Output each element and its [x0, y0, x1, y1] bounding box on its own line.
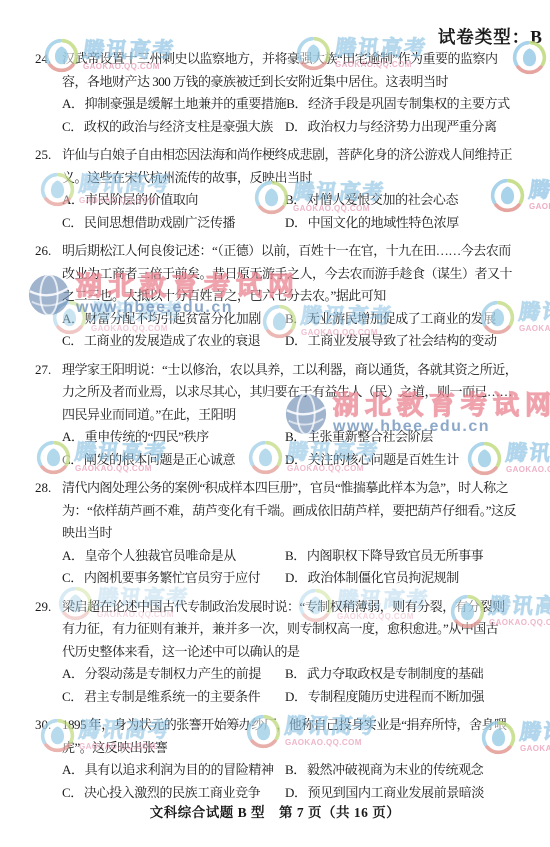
question-body: 许仙与白娘子自由相恋因法海和尚作梗终成悲剧，菩萨化身的济公游戏人间维持正义。这些…	[62, 144, 527, 234]
option-A: A．重申传统的“四民”秩序	[62, 426, 285, 449]
option-text: 具有以追求利润为目的的冒险精神	[85, 762, 274, 777]
option-B: B．毅然冲破视商为末业的传统观念	[285, 759, 483, 782]
question-number: 25.	[35, 144, 62, 234]
option-label: D．	[285, 119, 308, 134]
option-row: C．内阁机要事务繁忙官员穷于应付D．政治体制僵化官员拘泥规制	[62, 567, 527, 590]
stem-line: 四民异业而同道。”在此，王阳明	[62, 404, 527, 427]
option-row: A．皇帝个人独裁官员唯命是从B．内阁职权下降导致官员无所事事	[62, 545, 527, 568]
option-text: 政治体制僵化官员拘泥规制	[308, 570, 459, 585]
question-number: 29.	[35, 596, 62, 709]
question-30: 30. 1895 年，身为状元的张謇开始筹办纱厂，他称自己投身实业是“捐弃所恃，…	[35, 714, 527, 804]
option-text: 武力夺取政权是专制制度的基础	[307, 666, 483, 681]
option-label: B．	[285, 762, 307, 777]
question-options: A．重申传统的“四民”秩序B．主张重新整合社会阶层C．阐发的根本问题是正心诚意D…	[62, 426, 527, 471]
option-label: B．	[285, 548, 307, 563]
option-text: 预见到国内工商业发展前景暗淡	[308, 785, 484, 800]
option-text: 主张重新整合社会阶层	[307, 429, 433, 444]
option-A: A．分裂动荡是专制权力产生的前提	[62, 663, 285, 686]
option-text: 政治权力与经济势力出现严重分离	[308, 119, 497, 134]
option-text: 市民阶层的价值取向	[85, 192, 198, 207]
option-D: D．专制程度随历史进程而不断加强	[285, 686, 484, 709]
stem-line: 代历史整体来看，这一论述中可以确认的是	[62, 641, 527, 664]
question-number: 26.	[35, 240, 62, 353]
question-body: 明后期松江人何良俊记述：“（正德）以前，百姓十一在官，十九在田……今去农而改业为…	[62, 240, 527, 353]
option-text: 民间思想借助戏剧广泛传播	[84, 215, 235, 230]
option-label: B．	[285, 429, 307, 444]
option-text: 无业游民增加促成了工商业的发展	[307, 311, 496, 326]
stem-line: 理学家王阳明说：“士以修治，农以具养，工以利器，商以通货，各就其资之所近，	[62, 359, 527, 382]
question-stem: 许仙与白娘子自由相恋因法海和尚作梗终成悲剧，菩萨化身的济公游戏人间维持正义。这些…	[62, 144, 527, 189]
option-label: D．	[285, 785, 308, 800]
stem-line: 之二三也。大抵以十分百姓言之，已六七分去农。”据此可知	[62, 285, 527, 308]
option-text: 皇帝个人独裁官员唯命是从	[85, 548, 236, 563]
question-26: 26. 明后期松江人何良俊记述：“（正德）以前，百姓十一在官，十九在田……今去农…	[35, 240, 527, 353]
question-stem: 清代内阁处理公务的案例“积成样本四巨册”，官员“惟揣摹此样本为急”，时人称之为：…	[62, 477, 527, 545]
option-label: B．	[286, 96, 308, 111]
question-number: 28.	[35, 477, 62, 590]
stem-line: 改业为工商者三倍于前矣。昔日原无游手之人，今去农而游手趁食（谋生）者又十	[62, 263, 527, 286]
stem-line: 许仙与白娘子自由相恋因法海和尚作梗终成悲剧，菩萨化身的济公游戏人间维持正	[62, 144, 527, 167]
option-row: A．重申传统的“四民”秩序B．主张重新整合社会阶层	[62, 426, 527, 449]
option-C: C．工商业的发展造成了农业的衰退	[62, 330, 285, 353]
option-label: C．	[62, 689, 84, 704]
option-text: 财富分配不均引起贫富分化加剧	[85, 311, 261, 326]
option-text: 中国文化的地域性特色浓厚	[308, 215, 459, 230]
tencent-watermark-title: 腾讯高考	[528, 180, 550, 201]
option-row: A．分裂动荡是专制权力产生的前提B．武力夺取政权是专制制度的基础	[62, 663, 527, 686]
option-label: A．	[62, 96, 85, 111]
option-C: C．阐发的根本问题是正心诚意	[62, 449, 285, 472]
option-label: B．	[285, 666, 307, 681]
option-row: A．市民阶层的价值取向B．对僧人爱恨交加的社会心态	[62, 189, 527, 212]
question-options: A．市民阶层的价值取向B．对僧人爱恨交加的社会心态C．民间思想借助戏剧广泛传播D…	[62, 189, 527, 234]
option-text: 阐发的根本问题是正心诚意	[84, 452, 235, 467]
question-29: 29. 梁启超在论述中国古代专制政治发展时说：“专制权稍薄弱，则有分裂，有分裂则…	[35, 596, 527, 709]
option-text: 专制程度随历史进程而不断加强	[308, 689, 484, 704]
option-text: 君主专制是维系统一的主要条件	[84, 689, 260, 704]
stem-line: 有力征，有力征则有兼并，兼并多一次，则专制权高一度，愈积愈进。”从中国古	[62, 618, 527, 641]
option-D: D．中国文化的地域性特色浓厚	[285, 212, 459, 235]
option-text: 分裂动荡是专制权力产生的前提	[85, 666, 261, 681]
option-row: A．财富分配不均引起贫富分化加剧B．无业游民增加促成了工商业的发展	[62, 308, 527, 331]
stem-line: 映出当时	[62, 522, 527, 545]
option-B: B．对僧人爱恨交加的社会心态	[285, 189, 458, 212]
option-text: 内阁机要事务繁忙官员穷于应付	[84, 570, 260, 585]
question-stem: 明后期松江人何良俊记述：“（正德）以前，百姓十一在官，十九在田……今去农而改业为…	[62, 240, 527, 308]
question-body: 清代内阁处理公务的案例“积成样本四巨册”，官员“惟揣摹此样本为急”，时人称之为：…	[62, 477, 527, 590]
stem-line: 虎”。这反映出张謇	[62, 737, 527, 760]
stem-line: 为：“依样葫芦画不难，葫芦变化有千端。画成依旧葫芦样，要把葫芦仔细看。”这反	[62, 500, 527, 523]
exam-paper-page: 试卷类型：B 24. 汉武帝设置十三州刺史以监察地方，并将豪强大族“田宅逾制”作…	[0, 0, 550, 847]
option-text: 工商业的发展造成了农业的衰退	[84, 333, 260, 348]
option-label: A．	[62, 762, 85, 777]
option-D: D．关注的核心问题是百姓生计	[285, 449, 459, 472]
question-stem: 理学家王阳明说：“士以修治，农以具养，工以利器，商以通货，各就其资之所近，力之所…	[62, 359, 527, 427]
option-label: C．	[62, 333, 84, 348]
option-C: C．内阁机要事务繁忙官员穷于应付	[62, 567, 285, 590]
stem-line: 梁启超在论述中国古代专制政治发展时说：“专制权稍薄弱，则有分裂，有分裂则	[62, 596, 527, 619]
page-footer: 文科综合试题 B 型 第 7 页（共 16 页）	[0, 801, 550, 821]
option-text: 重申传统的“四民”秩序	[85, 429, 209, 444]
option-text: 政权的政治与经济支柱是豪强大族	[84, 119, 273, 134]
option-row: C．工商业的发展造成了农业的衰退D．工商业发展导致了社会结构的变动	[62, 330, 527, 353]
question-list: 24. 汉武帝设置十三州刺史以监察地方，并将豪强大族“田宅逾制”作为重要的监察内…	[35, 48, 527, 810]
option-row: C．阐发的根本问题是正心诚意D．关注的核心问题是百姓生计	[62, 449, 527, 472]
question-options: A．分裂动荡是专制权力产生的前提B．武力夺取政权是专制制度的基础C．君主专制是维…	[62, 663, 527, 708]
option-row: A．抑制豪强是缓解土地兼并的重要措施B．经济手段是巩固专制集权的主要方式	[62, 93, 527, 116]
question-body: 汉武帝设置十三州刺史以监察地方，并将豪强大族“田宅逾制”作为重要的监察内容，各地…	[62, 48, 527, 138]
option-text: 抑制豪强是缓解土地兼并的重要措施	[85, 96, 287, 111]
option-B: B．内阁职权下降导致官员无所事事	[285, 545, 483, 568]
question-24: 24. 汉武帝设置十三州刺史以监察地方，并将豪强大族“田宅逾制”作为重要的监察内…	[35, 48, 527, 138]
option-A: A．抑制豪强是缓解土地兼并的重要措施	[62, 93, 286, 116]
option-D: D．工商业发展导致了社会结构的变动	[285, 330, 497, 353]
option-B: B．武力夺取政权是专制制度的基础	[285, 663, 483, 686]
stem-line: 明后期松江人何良俊记述：“（正德）以前，百姓十一在官，十九在田……今去农而	[62, 240, 527, 263]
stem-line: 义。这些在宋代杭州流传的故事，反映出当时	[62, 167, 527, 190]
option-label: A．	[62, 311, 85, 326]
option-text: 毅然冲破视商为末业的传统观念	[307, 762, 483, 777]
option-text: 内阁职权下降导致官员无所事事	[307, 548, 483, 563]
question-body: 理学家王阳明说：“士以修治，农以具养，工以利器，商以通货，各就其资之所近，力之所…	[62, 359, 527, 472]
stem-line: 汉武帝设置十三州刺史以监察地方，并将豪强大族“田宅逾制”作为重要的监察内	[62, 48, 527, 71]
option-label: D．	[285, 215, 308, 230]
option-A: A．财富分配不均引起贫富分化加剧	[62, 308, 285, 331]
option-text: 决心投入激烈的民族工商业竞争	[84, 785, 260, 800]
question-stem: 汉武帝设置十三州刺史以监察地方，并将豪强大族“田宅逾制”作为重要的监察内容，各地…	[62, 48, 527, 93]
option-label: B．	[285, 311, 307, 326]
question-number: 27.	[35, 359, 62, 472]
question-stem: 1895 年，身为状元的张謇开始筹办纱厂，他称自己投身实业是“捐弃所恃，舍身喂虎…	[62, 714, 527, 759]
option-label: C．	[62, 215, 84, 230]
option-C: C．民间思想借助戏剧广泛传播	[62, 212, 285, 235]
option-B: B．主张重新整合社会阶层	[285, 426, 433, 449]
option-D: D．政治体制僵化官员拘泥规制	[285, 567, 459, 590]
stem-line: 清代内阁处理公务的案例“积成样本四巨册”，官员“惟揣摹此样本为急”，时人称之	[62, 477, 527, 500]
option-C: C．君主专制是维系统一的主要条件	[62, 686, 285, 709]
stem-line: 容，各地财产达 300 万钱的豪族被迁到长安附近集中居住。这表明当时	[62, 71, 527, 94]
option-label: A．	[62, 666, 85, 681]
option-text: 经济手段是巩固专制集权的主要方式	[308, 96, 510, 111]
option-label: C．	[62, 785, 84, 800]
option-label: C．	[62, 452, 84, 467]
option-label: A．	[62, 192, 85, 207]
option-label: B．	[285, 192, 307, 207]
question-number: 30.	[35, 714, 62, 804]
question-body: 1895 年，身为状元的张謇开始筹办纱厂，他称自己投身实业是“捐弃所恃，舍身喂虎…	[62, 714, 527, 804]
option-D: D．政治权力与经济势力出现严重分离	[285, 116, 497, 139]
option-A: A．皇帝个人独裁官员唯命是从	[62, 545, 285, 568]
option-label: D．	[285, 689, 308, 704]
question-stem: 梁启超在论述中国古代专制政治发展时说：“专制权稍薄弱，则有分裂，有分裂则有力征，…	[62, 596, 527, 664]
option-text: 关注的核心问题是百姓生计	[308, 452, 459, 467]
paper-type-label: 试卷类型：B	[438, 24, 543, 49]
question-number: 24.	[35, 48, 62, 138]
option-label: D．	[285, 452, 308, 467]
option-text: 工商业发展导致了社会结构的变动	[308, 333, 497, 348]
question-body: 梁启超在论述中国古代专制政治发展时说：“专制权稍薄弱，则有分裂，有分裂则有力征，…	[62, 596, 527, 709]
tencent-watermark-subtitle: GAOKAO.QQ.COM	[529, 203, 550, 211]
option-B: B．无业游民增加促成了工商业的发展	[285, 308, 496, 331]
option-label: A．	[62, 429, 85, 444]
option-C: C．政权的政治与经济支柱是豪强大族	[62, 116, 285, 139]
option-label: D．	[285, 570, 308, 585]
option-row: C．民间思想借助戏剧广泛传播D．中国文化的地域性特色浓厚	[62, 212, 527, 235]
question-27: 27. 理学家王阳明说：“士以修治，农以具养，工以利器，商以通货，各就其资之所近…	[35, 359, 527, 472]
question-options: A．具有以追求利润为目的的冒险精神B．毅然冲破视商为末业的传统观念C．决心投入激…	[62, 759, 527, 804]
question-options: A．皇帝个人独裁官员唯命是从B．内阁职权下降导致官员无所事事C．内阁机要事务繁忙…	[62, 545, 527, 590]
option-A: A．具有以追求利润为目的的冒险精神	[62, 759, 285, 782]
stem-line: 1895 年，身为状元的张謇开始筹办纱厂，他称自己投身实业是“捐弃所恃，舍身喂	[62, 714, 527, 737]
option-row: A．具有以追求利润为目的的冒险精神B．毅然冲破视商为末业的传统观念	[62, 759, 527, 782]
option-row: C．君主专制是维系统一的主要条件D．专制程度随历史进程而不断加强	[62, 686, 527, 709]
option-text: 对僧人爱恨交加的社会心态	[307, 192, 458, 207]
option-B: B．经济手段是巩固专制集权的主要方式	[286, 93, 509, 116]
question-options: A．抑制豪强是缓解土地兼并的重要措施B．经济手段是巩固专制集权的主要方式C．政权…	[62, 93, 527, 138]
question-options: A．财富分配不均引起贫富分化加剧B．无业游民增加促成了工商业的发展C．工商业的发…	[62, 308, 527, 353]
option-label: A．	[62, 548, 85, 563]
option-row: C．政权的政治与经济支柱是豪强大族D．政治权力与经济势力出现严重分离	[62, 116, 527, 139]
tencent-watermark-texts: 腾讯高考GAOKAO.QQ.COM	[529, 180, 550, 211]
question-25: 25. 许仙与白娘子自由相恋因法海和尚作梗终成悲剧，菩萨化身的济公游戏人间维持正…	[35, 144, 527, 234]
option-label: C．	[62, 570, 84, 585]
stem-line: 力之所及者而业焉，以求尽其心，其归要在于有益生人（民）之道，则一而已……	[62, 381, 527, 404]
option-label: D．	[285, 333, 308, 348]
option-label: C．	[62, 119, 84, 134]
question-28: 28. 清代内阁处理公务的案例“积成样本四巨册”，官员“惟揣摹此样本为急”，时人…	[35, 477, 527, 590]
option-A: A．市民阶层的价值取向	[62, 189, 285, 212]
